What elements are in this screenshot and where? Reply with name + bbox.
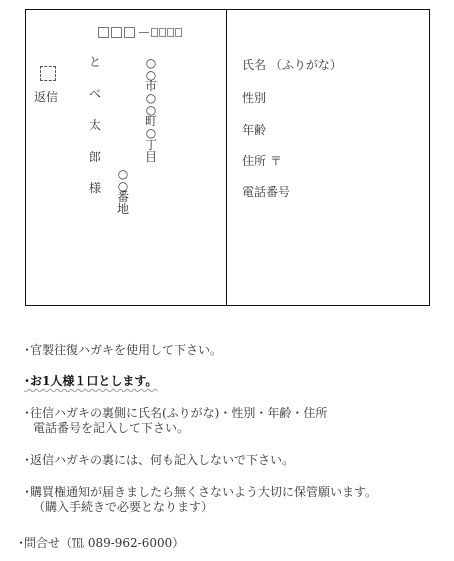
field-gender: 性別 bbox=[242, 89, 266, 106]
note-contact: ･問合せ（℡ 089-962-6000） bbox=[18, 534, 184, 551]
name-char: 太 bbox=[89, 120, 101, 152]
postal-code-boxes bbox=[98, 27, 183, 38]
name-char: 郎 bbox=[89, 152, 101, 184]
note-one-per-person: ･お1人様１口とします。 bbox=[24, 372, 157, 389]
field-age: 年齢 bbox=[242, 121, 266, 138]
name-char: 様 bbox=[89, 183, 101, 215]
field-name: 氏名 （ふりがな） bbox=[242, 56, 342, 73]
postal-box bbox=[175, 28, 182, 37]
stamp-box bbox=[40, 66, 56, 81]
address-char: 目 bbox=[145, 152, 157, 164]
sender-fields: 氏名 （ふりがな） 性別 年齢 住所 〒 電話番号 bbox=[226, 10, 429, 305]
postal-box bbox=[124, 27, 135, 38]
note-outgoing-info-line2: 電話番号を記入して下さい。 bbox=[33, 419, 189, 436]
field-address: 住所 〒 bbox=[242, 152, 282, 169]
address-column-2: ○ ○ 番 地 bbox=[117, 169, 129, 216]
recipient-name: と べ 太 郎 様 bbox=[89, 57, 101, 215]
postal-box bbox=[151, 28, 158, 37]
postal-box bbox=[159, 28, 166, 37]
note-return-blank: ･返信ハガキの裏には、何も記入しないで下さい。 bbox=[24, 451, 294, 468]
name-char: べ bbox=[89, 89, 101, 121]
name-char: と bbox=[89, 57, 101, 89]
postal-box bbox=[98, 27, 109, 38]
note-official-postcard: ･官製往復ハガキを使用して下さい。 bbox=[24, 341, 222, 358]
address-char: 地 bbox=[117, 204, 129, 216]
field-phone: 電話番号 bbox=[242, 183, 290, 200]
postal-box bbox=[111, 27, 122, 38]
postal-box bbox=[167, 28, 174, 37]
note-one-per-person-text: ･お1人様１口とします。 bbox=[24, 374, 157, 388]
note-keep-notice-line2: （購入手続きで必要となります） bbox=[33, 498, 213, 515]
return-label: 返信 bbox=[34, 91, 58, 103]
postal-dash bbox=[139, 32, 149, 33]
return-postcard-template: 返信 と べ 太 郎 様 ○ ○ 市 ○ ○ 町 ○ 丁 目 ○ ○ 番 地 氏… bbox=[25, 9, 430, 306]
address-column-1: ○ ○ 市 ○ ○ 町 ○ 丁 目 bbox=[145, 58, 157, 163]
